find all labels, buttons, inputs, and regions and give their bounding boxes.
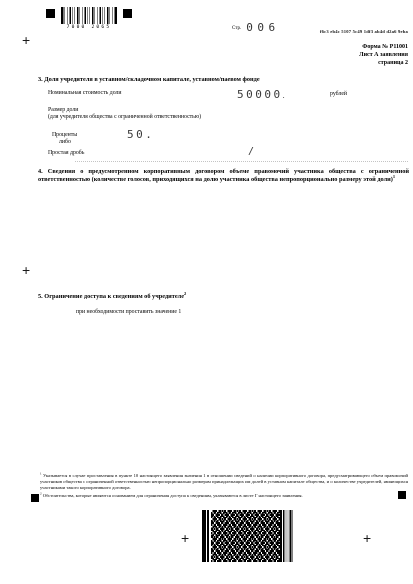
pdf417-stop-bars — [280, 510, 293, 562]
anchor-square-left — [31, 494, 39, 502]
percent-value: 50. — [127, 129, 154, 140]
footnote-1-marker: 1 — [40, 471, 42, 475]
fraction-label: Простая дробь — [48, 150, 84, 157]
barcode-digits: 7000 2065 — [61, 25, 117, 30]
footnote-2: 2 Обстоятельства, которые являются основ… — [40, 493, 408, 499]
or-label: либо — [59, 139, 71, 146]
nominal-value-field: 50000. — [237, 85, 285, 103]
form-page: + + + + 7000 2065 Стр. 006 f6c3 eb4c 510… — [0, 0, 413, 584]
page-number-block: Стр. 006 — [232, 22, 280, 33]
sheet-name: Лист А заявления — [359, 51, 408, 59]
section5-heading-text: 5. Ограничение доступа к сведениям об уч… — [38, 293, 184, 300]
section3-heading: 3. Доля учредителя в уставном/складочном… — [38, 76, 388, 84]
barcode-anchor-square-right — [123, 9, 132, 18]
crop-mark-bottom-left: + — [181, 531, 189, 545]
section4-heading-text: 4. Сведения о предусмотренном корпоратив… — [38, 168, 409, 183]
top-barcode-block: 7000 2065 — [46, 7, 132, 30]
section4-heading: 4. Сведения о предусмотренном корпоратив… — [38, 168, 409, 183]
share-size-sublabel: (для учредителя общества с ограниченной … — [48, 114, 201, 121]
nominal-value: 50000 — [237, 88, 283, 101]
barcode-icon — [61, 7, 117, 24]
page-number-value: 006 — [246, 22, 279, 33]
form-number: Форма № Р11001 — [359, 43, 408, 51]
section5-heading: 5. Ограничение доступа к сведениям об уч… — [38, 293, 388, 301]
faint-divider-line — [75, 161, 408, 162]
pdf417-data-region — [211, 510, 280, 562]
fraction-value: / — [248, 146, 257, 157]
footnote-2-marker: 2 — [40, 491, 42, 495]
section5-hint: при необходимости проставить значение 1 — [76, 309, 181, 316]
nominal-separator: . — [283, 91, 285, 100]
footnote-2-text: Обстоятельства, которые являются основан… — [43, 493, 303, 498]
currency-label: рублей — [330, 91, 347, 98]
anchor-square-right — [398, 491, 406, 499]
barcode-anchor-square-left — [46, 9, 55, 18]
share-size-label: Размер доли — [48, 107, 78, 114]
crop-mark-top-left: + — [22, 33, 30, 47]
form-id-block: Форма № Р11001 Лист А заявления страница… — [359, 43, 408, 67]
footnote-1-text: Указывается в случае проставления в пунк… — [40, 473, 408, 490]
crop-mark-mid-left: + — [22, 263, 30, 277]
pdf417-barcode-icon — [202, 510, 293, 562]
section5-footnote-ref: 2 — [184, 291, 186, 296]
form-hash-code: f6c3 eb4c 5107 5c49 1df3 ab4d d2a6 9eba — [320, 29, 408, 34]
page-number-label: Стр. — [232, 26, 241, 33]
footnote-1: 1 Указывается в случае проставления в пу… — [40, 473, 408, 491]
section4-footnote-ref: 1 — [393, 174, 395, 179]
percent-label: Проценты — [52, 132, 77, 139]
barcode-column: 7000 2065 — [61, 7, 117, 30]
nominal-value-label: Номинальная стоимость доли — [48, 90, 122, 97]
pdf417-start-bars — [202, 510, 211, 562]
sheet-page: страница 2 — [359, 59, 408, 67]
crop-mark-bottom-right: + — [363, 531, 371, 545]
